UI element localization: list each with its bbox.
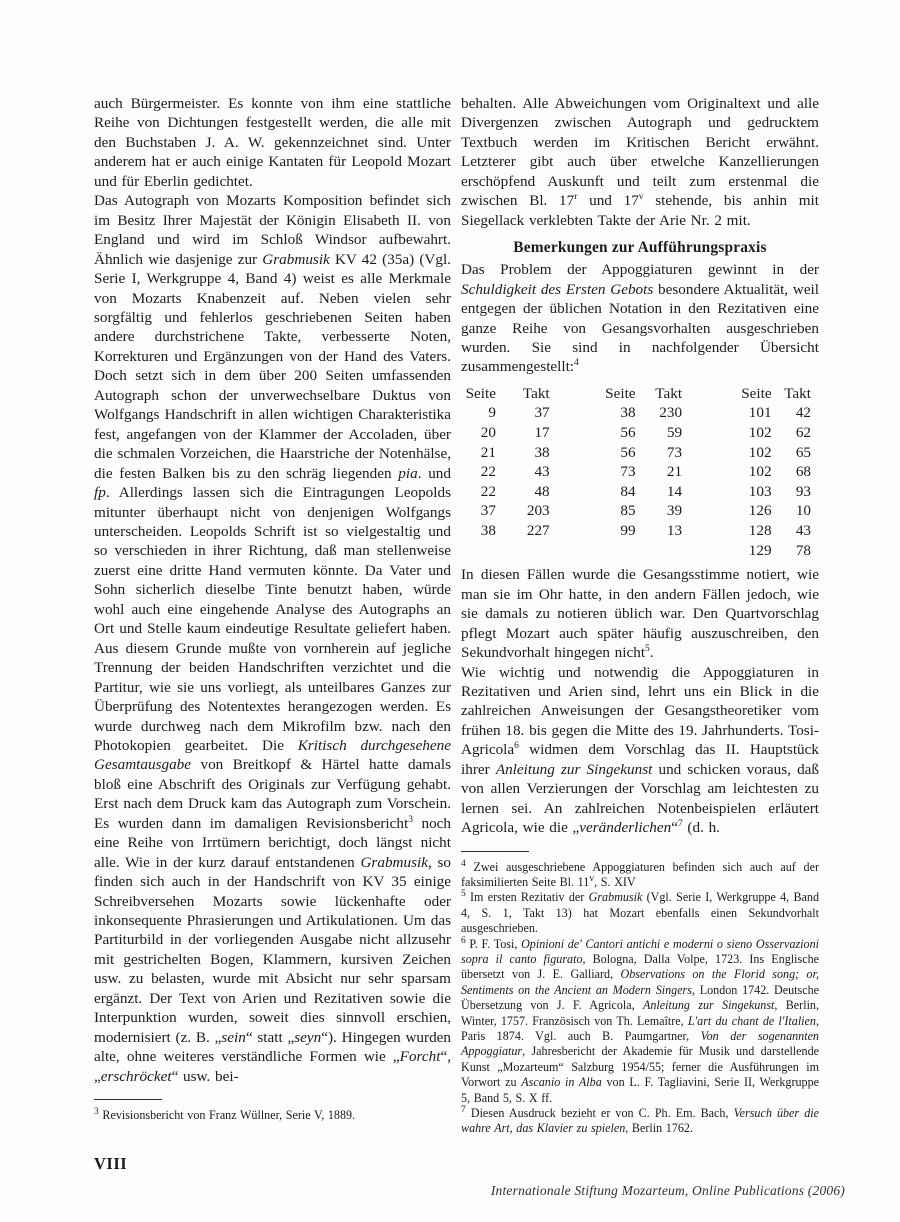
table-cell: 78 [780, 541, 819, 561]
table-cell: 102 [690, 462, 780, 482]
table-cell: 102 [690, 443, 780, 463]
table-row: SeiteTaktSeiteTaktSeiteTakt [461, 384, 819, 404]
table-cell: 65 [780, 443, 819, 463]
table-cell: 38 [504, 443, 558, 463]
footer-credit: Internationale Stiftung Mozarteum, Onlin… [491, 1183, 845, 1199]
table-cell: 14 [644, 482, 691, 502]
table-cell: 103 [690, 482, 780, 502]
table-cell: 102 [690, 423, 780, 443]
table-cell: 59 [644, 423, 691, 443]
table-cell [504, 541, 558, 561]
table-cell: 129 [690, 541, 780, 561]
footnote-6: 6 P. F. Tosi, Opinioni de' Cantori antic… [461, 937, 819, 1106]
table-cell: 85 [558, 501, 644, 521]
section-heading-auffuehrungspraxis: Bemerkungen zur Aufführungspraxis [461, 239, 819, 257]
table-row: 2017565910262 [461, 423, 819, 443]
table-row: 38227991312843 [461, 521, 819, 541]
table-row: 37203853912610 [461, 501, 819, 521]
table-cell: 10 [780, 501, 819, 521]
table-cell: 43 [780, 521, 819, 541]
table-cell: 37 [504, 403, 558, 423]
right-column: behalten. Alle Abweichungen vom Original… [461, 94, 819, 1137]
footnote-5: 5 Im ersten Rezitativ der Grabmusik (Vgl… [461, 890, 819, 936]
table-cell: 38 [461, 521, 504, 541]
table-cell: 227 [504, 521, 558, 541]
table-cell: 42 [780, 403, 819, 423]
table-cell: 93 [780, 482, 819, 502]
table-row: 9373823010142 [461, 403, 819, 423]
table-cell: 84 [558, 482, 644, 502]
table-cell [644, 541, 691, 561]
table-cell: 38 [558, 403, 644, 423]
right-footnote-block: 4 Zwei ausgeschriebene Appoggiaturen bef… [461, 851, 819, 1137]
table-cell: 68 [780, 462, 819, 482]
paragraph-appoggiaturen: Das Problem der Appoggiaturen gewinnt in… [461, 260, 819, 377]
table-cell: 21 [644, 462, 691, 482]
page-number: VIII [94, 1154, 451, 1174]
table-cell: 128 [690, 521, 780, 541]
table-row: 12978 [461, 541, 819, 561]
table-cell: 126 [690, 501, 780, 521]
table-row: 2138567310265 [461, 443, 819, 463]
document-page: auch Bürgermeister. Es konnte von ihm ei… [0, 0, 900, 1222]
appoggiatura-table: SeiteTaktSeiteTaktSeiteTakt9373823010142… [461, 384, 819, 560]
table-cell: 43 [504, 462, 558, 482]
left-footnote-block: 3 Revisionsbericht von Franz Wüllner, Se… [94, 1099, 451, 1123]
table-row: 2248841410393 [461, 482, 819, 502]
table-cell: 230 [644, 403, 691, 423]
table-cell: 73 [558, 462, 644, 482]
table-cell: 13 [644, 521, 691, 541]
footnote-3: 3 Revisionsbericht von Franz Wüllner, Se… [94, 1108, 451, 1123]
table-cell: 17 [504, 423, 558, 443]
table-cell: 56 [558, 423, 644, 443]
table-cell: 62 [780, 423, 819, 443]
table-cell: 21 [461, 443, 504, 463]
table-header-cell: Takt [504, 384, 558, 404]
table-cell: 73 [644, 443, 691, 463]
paragraph-behalten: behalten. Alle Abweichungen vom Original… [461, 94, 819, 230]
table-header-cell: Takt [780, 384, 819, 404]
footnote-rule [94, 1099, 162, 1100]
table-row: 2243732110268 [461, 462, 819, 482]
table-header-cell: Seite [690, 384, 780, 404]
table-cell [461, 541, 504, 561]
table-cell: 48 [504, 482, 558, 502]
table-cell: 203 [504, 501, 558, 521]
table-header-cell: Seite [558, 384, 644, 404]
left-column: auch Bürgermeister. Es konnte von ihm ei… [94, 94, 451, 1174]
table-cell: 99 [558, 521, 644, 541]
table-header-cell: Takt [644, 384, 691, 404]
footnote-4: 4 Zwei ausgeschriebene Appoggiaturen bef… [461, 860, 819, 891]
footnote-7: 7 Diesen Ausdruck bezieht er von C. Ph. … [461, 1106, 819, 1137]
table-cell: 101 [690, 403, 780, 423]
paragraph-gesangsstimme: In diesen Fällen wurde die Gesangsstimme… [461, 565, 819, 662]
table-header-cell: Seite [461, 384, 504, 404]
table-cell: 56 [558, 443, 644, 463]
paragraph-gesangstheoretiker: Wie wichtig und notwendig die Appoggiatu… [461, 663, 819, 838]
table-cell: 22 [461, 462, 504, 482]
paragraph-burgermeister: auch Bürgermeister. Es konnte von ihm ei… [94, 94, 451, 191]
table-cell: 39 [644, 501, 691, 521]
table-cell: 22 [461, 482, 504, 502]
paragraph-autograph: Das Autograph von Mozarts Komposition be… [94, 191, 451, 1086]
table-cell [558, 541, 644, 561]
table-cell: 37 [461, 501, 504, 521]
table-cell: 9 [461, 403, 504, 423]
table-cell: 20 [461, 423, 504, 443]
footnote-rule [461, 851, 529, 852]
